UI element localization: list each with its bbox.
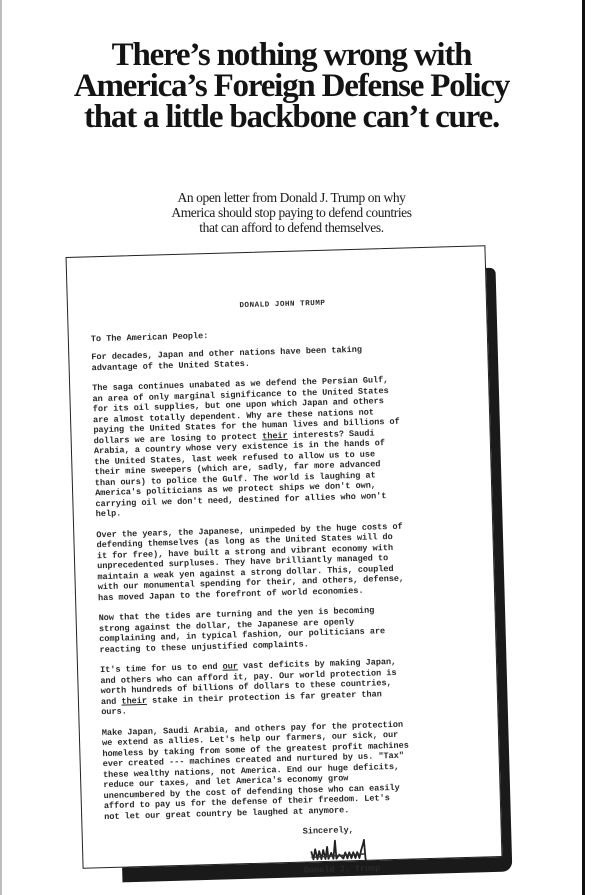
- letterhead: DONALD JOHN TRUMP: [90, 295, 475, 316]
- emphasis-underline: their: [262, 430, 288, 441]
- letter-paragraph: For decades, Japan and other nations hav…: [91, 342, 476, 374]
- letter-paragraph: Make Japan, Saudi Arabia, and others pay…: [102, 717, 489, 822]
- subhead-line: America should stop paying to defend cou…: [0, 205, 583, 220]
- letter-paragraph: Now that the tides are turning and the y…: [98, 602, 484, 655]
- letter-paper: DONALD JOHN TRUMP To The American People…: [66, 245, 503, 868]
- letter-paragraph: It's time for us to end our vast deficit…: [100, 654, 486, 717]
- headline: There’s nothing wrong with America’s For…: [0, 40, 583, 133]
- headline-line: that a little backbone can’t cure.: [0, 102, 583, 133]
- subhead: An open letter from Donald J. Trump on w…: [0, 190, 583, 235]
- salutation: To The American People:: [91, 323, 476, 344]
- subhead-line: that can afford to defend themselves.: [0, 220, 583, 235]
- letter-paragraphs: For decades, Japan and other nations hav…: [91, 342, 489, 823]
- letter-paragraph: Over the years, the Japanese, unimpeded …: [96, 519, 483, 603]
- letter-sheet: DONALD JOHN TRUMP To The American People…: [74, 251, 494, 871]
- letter-body: DONALD JOHN TRUMP To The American People…: [90, 295, 491, 882]
- signature-image: [309, 835, 382, 865]
- signature-scrawl-icon: [309, 835, 382, 867]
- headline-line: There’s nothing wrong with: [0, 40, 583, 71]
- page-left-border: [0, 0, 2, 895]
- closing: Sincerely,: [303, 821, 490, 837]
- emphasis-underline: their: [121, 695, 147, 706]
- page-right-border: [582, 0, 585, 895]
- letter-paragraph: The saga continues unabated as we defend…: [92, 373, 481, 520]
- subhead-line: An open letter from Donald J. Trump on w…: [0, 190, 583, 205]
- headline-line: America’s Foreign Defense Policy: [0, 71, 583, 102]
- emphasis-underline: our: [222, 661, 238, 671]
